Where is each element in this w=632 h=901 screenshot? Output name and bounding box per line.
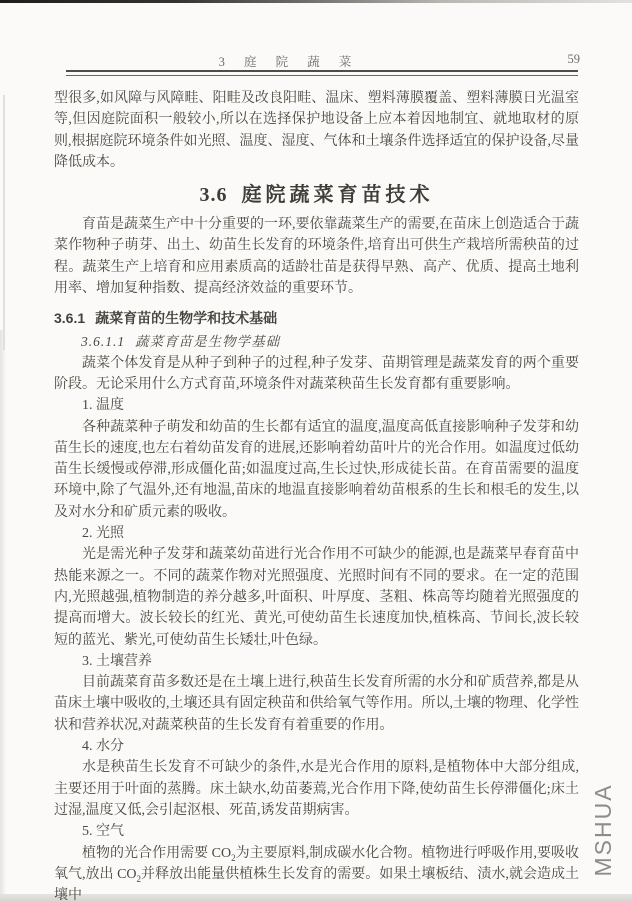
paragraph-carryover: 型很多,如风障与风障畦、阳畦及改良阳畦、温床、塑料薄膜覆盖、塑料薄膜日光温室等,… <box>54 88 579 173</box>
paragraph-overview: 蔬菜个体发育是从种子到种子的过程,种子发芽、苗期管理是蔬菜发育的两个重要阶段。无… <box>54 353 579 396</box>
list-item-label-temperature: 1. 温度 <box>54 395 579 416</box>
watermark-mshua: MSHUA <box>590 770 616 890</box>
header-rule <box>66 70 578 76</box>
section-heading: 3.6庭院蔬菜育苗技术 <box>54 182 579 208</box>
subsection-heading: 3.6.1蔬菜育苗的生物学和技术基础 <box>54 307 579 329</box>
page-number: 59 <box>568 52 581 67</box>
subsubsection-heading: 3.6.1.1蔬菜育苗是生物学基础 <box>54 331 579 352</box>
scan-edge-top <box>0 0 632 3</box>
paragraph-light: 光是需光种子发芽和蔬菜幼苗进行光合作用不可缺少的能源,也是蔬菜早春育苗中热能来源… <box>54 544 579 650</box>
list-item-label-light: 2. 光照 <box>54 523 579 544</box>
scan-edge-left-band <box>0 330 6 901</box>
list-item-label-air: 5. 空气 <box>54 821 579 842</box>
subsection-title: 蔬菜育苗的生物学和技术基础 <box>95 310 277 326</box>
section-number: 3.6 <box>200 184 228 206</box>
subsubsection-title: 蔬菜育苗是生物学基础 <box>135 334 280 349</box>
paragraph-soil: 目前蔬菜育苗多数还是在土壤上进行,秧苗生长发育所需的水分和矿质营养,都是从苗床土… <box>54 672 579 736</box>
running-head-chapter: 3 庭 院 蔬 菜 <box>54 52 524 70</box>
paragraph-water: 水是秧苗生长发育不可缺少的条件,水是光合作用的原料,是植物体中大部分组成,主要还… <box>54 757 579 821</box>
scan-edge-left-line <box>3 95 5 350</box>
paragraph-section-intro: 育苗是蔬菜生产中十分重要的一环,要依靠蔬菜生产的需要,在苗床上创造适合于蔬菜作物… <box>54 214 579 299</box>
paragraph-temperature: 各种蔬菜种子萌发和幼苗的生长都有适宜的温度,温度高低直接影响种子发芽和幼苗生长的… <box>54 417 579 523</box>
subsubsection-number: 3.6.1.1 <box>81 334 125 349</box>
text-column: 型很多,如风障与风障畦、阳畦及改良阳畦、温床、塑料薄膜覆盖、塑料薄膜日光温室等,… <box>54 88 579 901</box>
section-title: 庭院蔬菜育苗技术 <box>242 184 434 206</box>
list-item-label-soil: 3. 土壤营养 <box>54 651 579 672</box>
subsection-number: 3.6.1 <box>54 310 85 326</box>
scanned-page: 3 庭 院 蔬 菜 59 型很多,如风障与风障畦、阳畦及改良阳畦、温床、塑料薄膜… <box>0 0 632 901</box>
air-text-1: 植物的光合作用需要 CO <box>82 846 231 861</box>
paragraph-air: 植物的光合作用需要 CO2为主要原料,制成碳水化合物。植物进行呼吸作用,要吸收氧… <box>54 843 579 901</box>
list-item-label-water: 4. 水分 <box>54 736 579 757</box>
